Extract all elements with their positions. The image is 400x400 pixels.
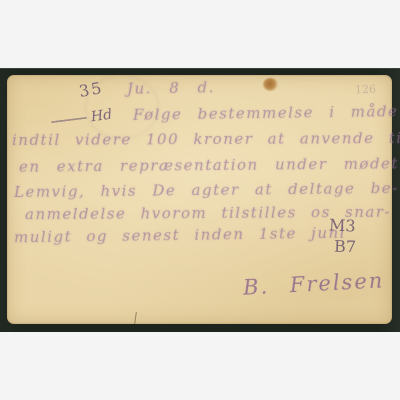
handwriting-heading: Ju. 8 d. <box>127 78 215 98</box>
handwriting-line: en extra repræsentation under mødet i <box>19 154 400 176</box>
paper-crack <box>134 312 137 324</box>
annotation-hd: Hd <box>90 107 113 126</box>
handwriting-line: Følge bestemmelse i måde <box>133 102 399 124</box>
signature: B. Frelsen <box>242 268 384 299</box>
handwriting-line: muligt og senest inden 1ste juni <box>14 224 346 247</box>
pencil-dash <box>51 117 87 123</box>
postcard: 35 Hd 126 Ju. 8 d. Følge bestemmelse i m… <box>7 75 392 324</box>
annotation-m3: M3 <box>329 215 357 235</box>
handwriting-line: Lemvig, hvis De agter at deltage be- <box>14 179 399 201</box>
annotation-corner-number: 126 <box>355 83 376 97</box>
page: 35 Hd 126 Ju. 8 d. Følge bestemmelse i m… <box>0 0 400 400</box>
stain-mark <box>263 78 278 91</box>
annotation-b7: B7 <box>334 237 357 257</box>
postcard-photo: 35 Hd 126 Ju. 8 d. Følge bestemmelse i m… <box>0 68 400 332</box>
handwriting-line: indtil videre 100 kroner at anvende til, <box>12 129 400 149</box>
